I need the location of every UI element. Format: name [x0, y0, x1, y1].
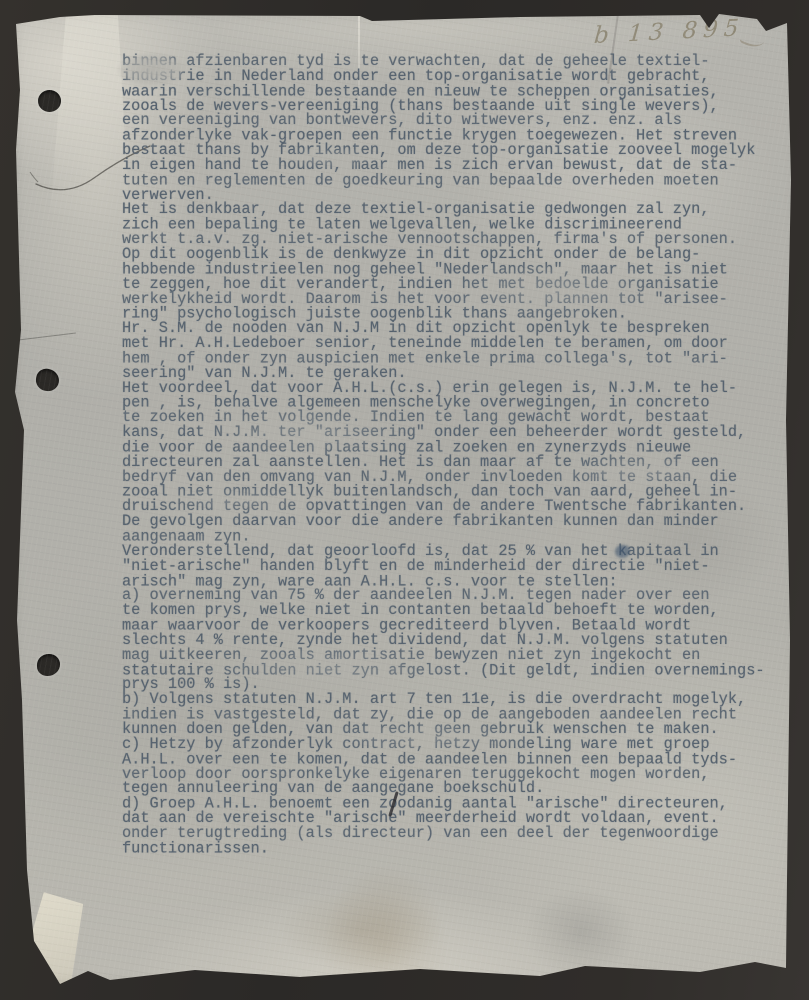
- text-line: hem , of onder zyn auspicien met enkele …: [122, 351, 782, 366]
- text-line: binnen afzienbaren tyd is te verwachten,…: [122, 54, 782, 69]
- paper-crease: [18, 332, 76, 340]
- text-line: functionarissen.: [122, 841, 782, 856]
- text-line: te zoeken in het volgende. Indien te lan…: [122, 410, 782, 425]
- text-line: waarin verschillende bestaande en nieuw …: [122, 84, 782, 99]
- text-line: verloop door oorspronkelyke eigenaren te…: [122, 767, 782, 782]
- document-paper: b 13 895 binnen afzienbaren tyd is te ve…: [0, 0, 809, 1000]
- text-line: statutaire schulden niet zyn afgelost. (…: [122, 663, 782, 678]
- punch-hole: [37, 654, 60, 676]
- pencil-annotation: b 13 895: [593, 13, 785, 49]
- text-line: indien is vastgesteld, dat zy, die op de…: [122, 708, 782, 723]
- text-line: die voor de aandeelen plaatsing zal zoek…: [122, 440, 782, 455]
- text-line: afzonderlyke vak-groepen een functie kry…: [122, 129, 782, 144]
- text-line: ring" psychologisch juiste oogenblik tha…: [122, 307, 782, 322]
- text-line: maar waarvoor de verkoopers gecrediteerd…: [122, 618, 782, 633]
- punch-hole: [34, 367, 60, 393]
- tape-patch-bottom-left: [20, 891, 84, 990]
- text-line: a) overneming van 75 % der aandeelen N.J…: [122, 588, 782, 603]
- text-line: hebbende industrieelen nog geheel "Neder…: [122, 262, 782, 277]
- text-line: aangenaam zyn.: [122, 529, 782, 544]
- text-line: zooal niet onmiddellyk buitenlandsch, da…: [122, 485, 782, 500]
- text-line: tuten en reglementen de goedkeuring van …: [122, 173, 782, 188]
- stain: [270, 885, 450, 975]
- photo-backdrop: b 13 895 binnen afzienbaren tyd is te ve…: [0, 0, 809, 1000]
- typewritten-text: binnen afzienbaren tyd is te verwachten,…: [122, 54, 782, 856]
- punch-hole: [38, 90, 61, 112]
- text-line: werkt t.a.v. zg. niet-arische vennootsch…: [122, 232, 782, 247]
- text-line: d) Groep A.H.L. benoemt een zoodanig aan…: [122, 797, 782, 812]
